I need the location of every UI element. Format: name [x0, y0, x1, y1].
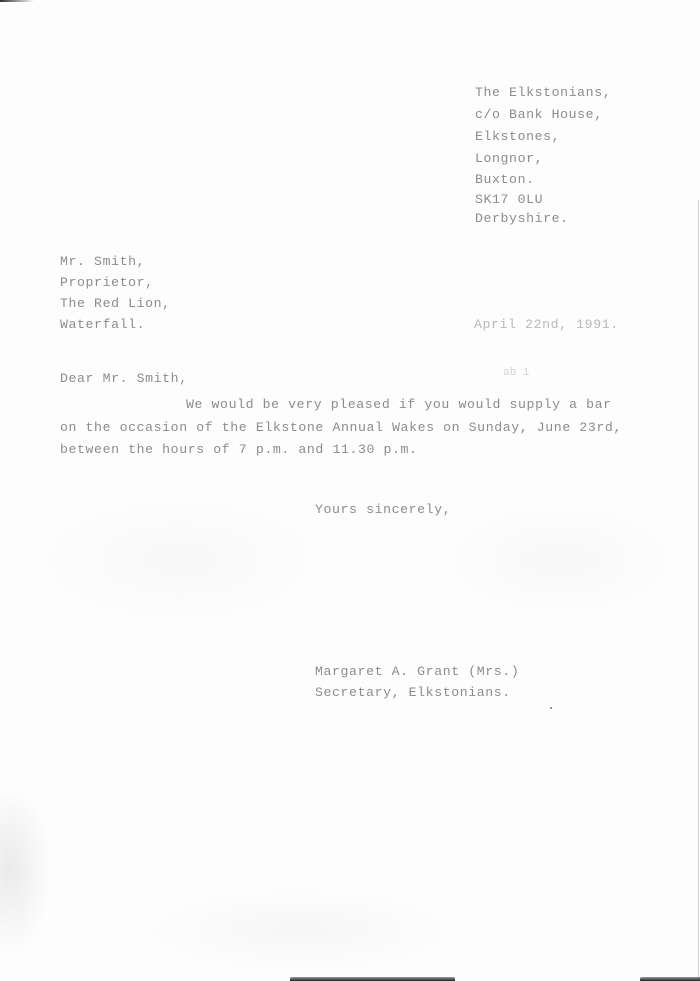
margin-note: ab 1 — [503, 367, 529, 379]
closing: Yours sincerely, — [315, 503, 451, 516]
recipient-address-line: Mr. Smith, — [60, 255, 145, 268]
body-line: between the hours of 7 p.m. and 11.30 p.… — [60, 443, 418, 456]
body-line: We would be very pleased if you would su… — [186, 398, 612, 411]
recipient-address-line: Waterfall. — [60, 318, 145, 331]
scan-edge-bottom-right — [640, 977, 700, 981]
sender-address-line: The Elkstonians, — [475, 86, 611, 99]
sender-address-line: Elkstones, — [475, 130, 560, 143]
scan-edge-bottom — [290, 977, 455, 981]
scan-edge-right — [698, 200, 699, 981]
signatory-name: Margaret A. Grant (Mrs.) — [315, 665, 519, 678]
letter-date: April 22nd, 1991. — [474, 318, 619, 331]
letter-page: The Elkstonians, c/o Bank House, Elkston… — [0, 0, 700, 981]
sender-address-line: SK17 0LU — [475, 193, 543, 206]
signatory-title: Secretary, Elkstonians. — [315, 686, 511, 699]
sender-address-line: Derbyshire. — [475, 212, 569, 225]
sender-address-line: Longnor, — [475, 152, 543, 165]
recipient-address-line: Proprietor, — [60, 276, 154, 289]
salutation: Dear Mr. Smith, — [60, 372, 188, 385]
recipient-address-line: The Red Lion, — [60, 297, 171, 310]
sender-address-line: c/o Bank House, — [475, 108, 603, 121]
scan-edge-top — [0, 0, 34, 2]
sender-address-line: Buxton. — [475, 173, 535, 186]
ink-speck — [550, 707, 552, 709]
body-line: on the occasion of the Elkstone Annual W… — [60, 421, 622, 434]
